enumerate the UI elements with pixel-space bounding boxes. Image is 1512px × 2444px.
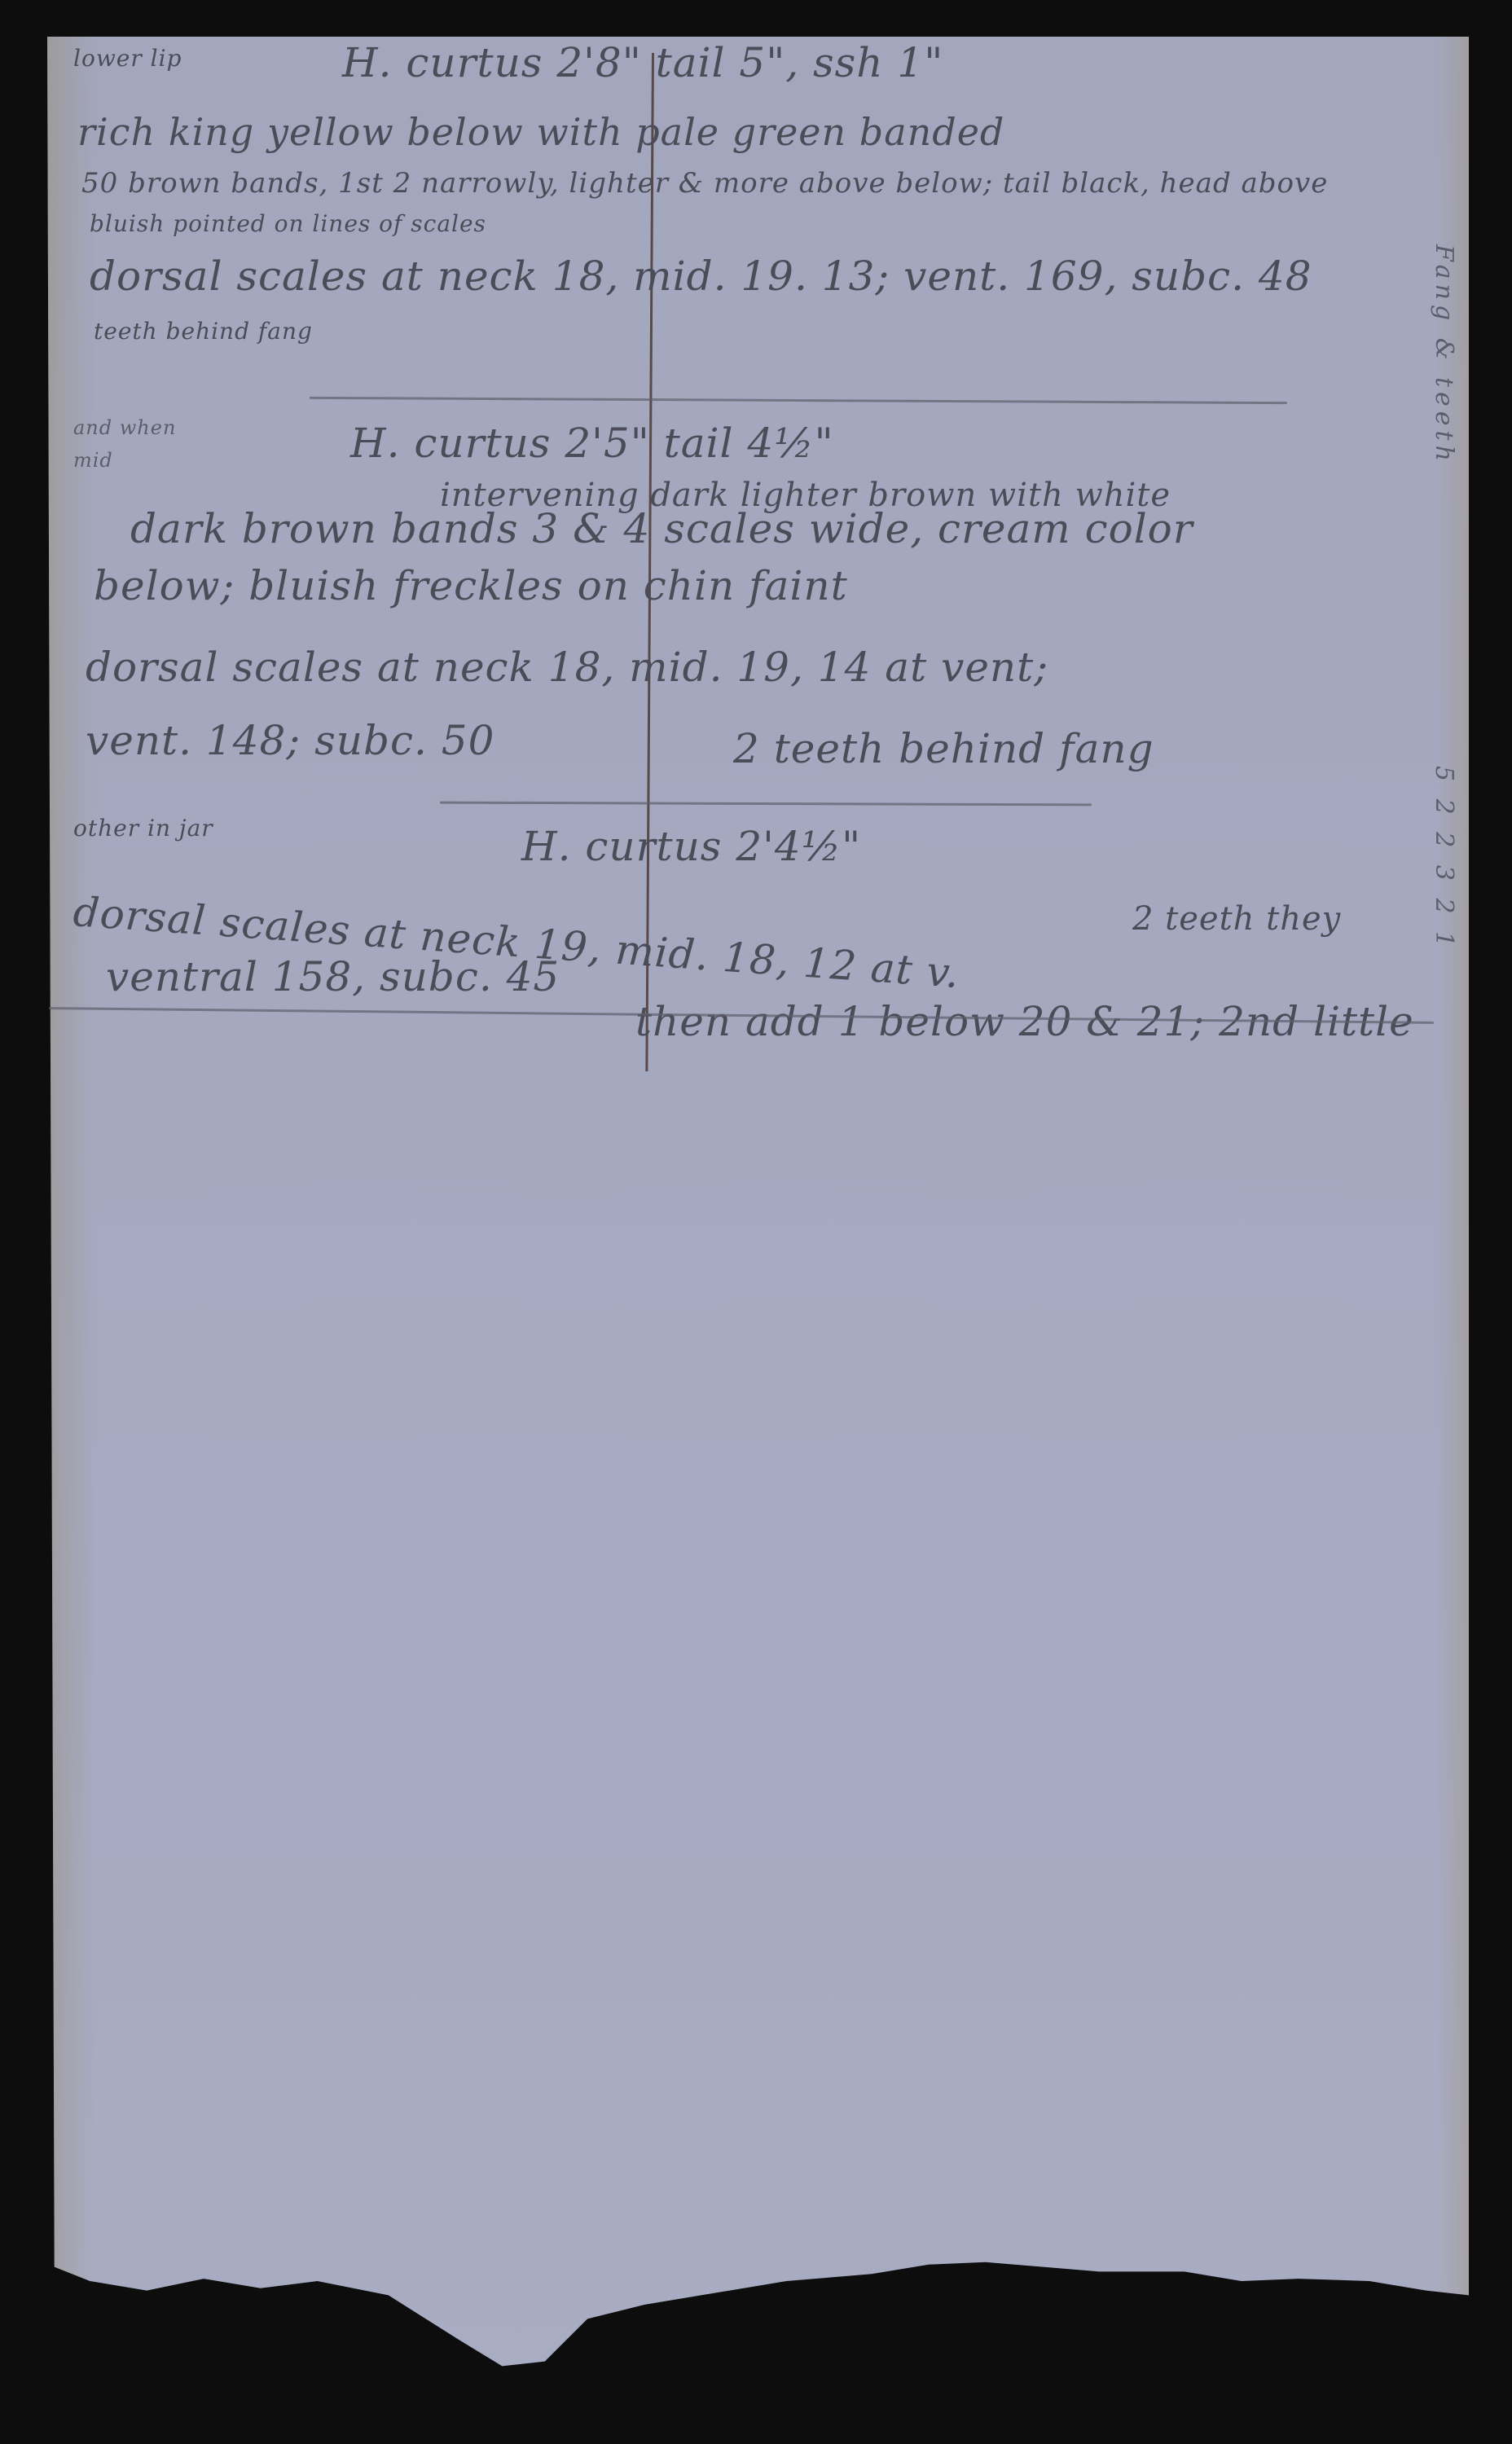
entry-line: 50 brown bands, 1st 2 narrowly, lighter … xyxy=(81,167,1328,200)
entry-heading: H. curtus 2'5" tail 4½" xyxy=(350,420,834,467)
paper-sheet xyxy=(47,37,1469,2399)
entry-line: vent. 148; subc. 50 xyxy=(86,717,494,764)
entry-line: dorsal scales at neck 18, mid. 19. 13; v… xyxy=(90,253,1312,300)
entry-line: ventral 158, subc. 45 xyxy=(106,953,560,1000)
entry-line: teeth behind fang xyxy=(94,318,313,345)
entry-line: bluish pointed on lines of scales xyxy=(90,210,486,237)
side-note: lower lip xyxy=(73,45,182,72)
entry-line: 2 teeth behind fang xyxy=(733,725,1154,772)
side-note: and when mid xyxy=(73,411,187,477)
entry-line: rich king yellow below with pale green b… xyxy=(77,110,1004,154)
margin-note: Fang & teeth xyxy=(1430,244,1458,466)
margin-note: 5 2 2 3 2 1 xyxy=(1430,766,1458,952)
entry-line: below; bluish freckles on chin faint xyxy=(94,562,848,609)
side-note: other in jar xyxy=(73,815,213,842)
entry-line: dark brown bands 3 & 4 scales wide, crea… xyxy=(130,505,1193,552)
entry-heading: H. curtus 2'8" tail 5", ssh 1" xyxy=(342,39,943,86)
entry-line: 2 teeth they xyxy=(1132,900,1341,938)
entry-line: dorsal scales at neck 18, mid. 19, 14 at… xyxy=(86,644,1048,691)
entry-heading: H. curtus 2'4½" xyxy=(521,823,861,870)
